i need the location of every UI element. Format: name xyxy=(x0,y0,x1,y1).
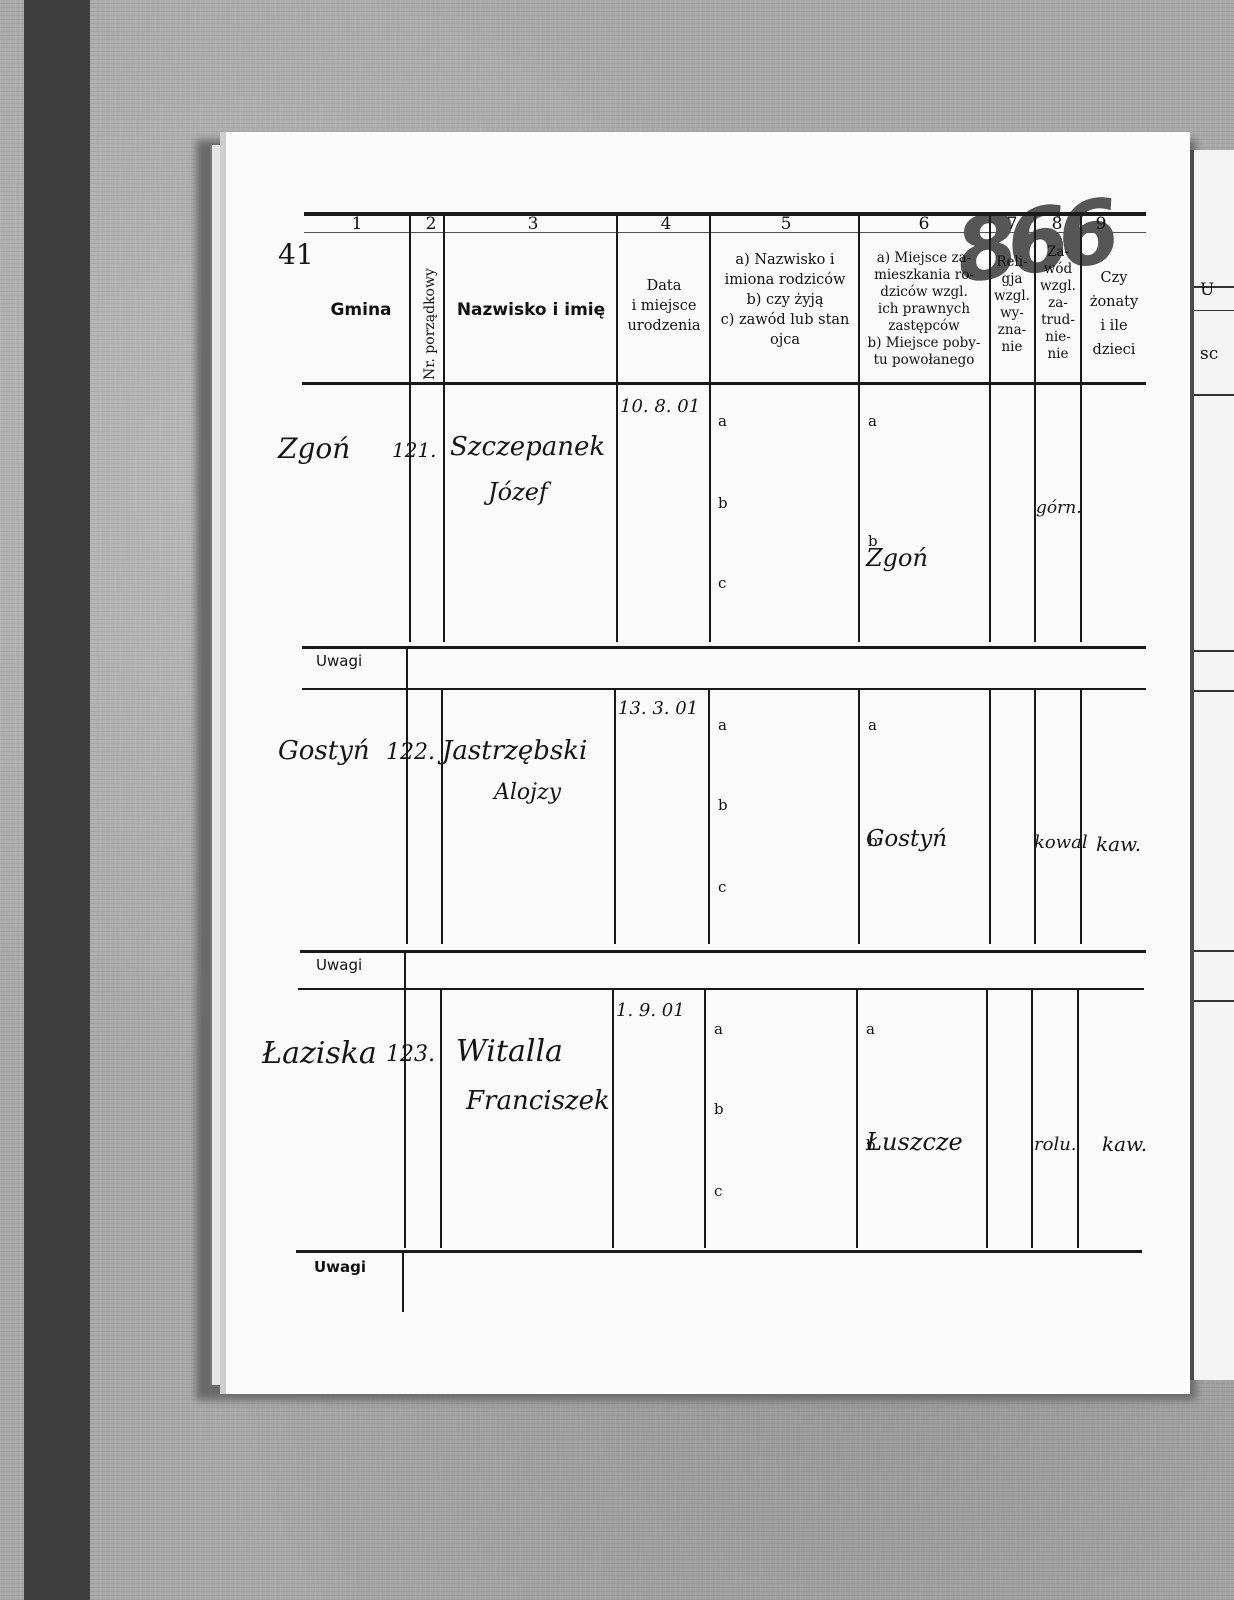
col-rule xyxy=(1034,690,1036,944)
register-page: 41 866 1 2 3 4 5 6 7 8 9 Gmina Nr. porzą… xyxy=(220,132,1190,1394)
col-rule xyxy=(708,690,710,944)
col-num-6: 6 xyxy=(904,214,944,234)
header-line: zna- xyxy=(990,322,1034,339)
col-rule xyxy=(989,690,991,944)
remarks-label: Uwagi xyxy=(314,1258,366,1276)
header-occupation: Za- wód wzgl. za- trud- nie- nie xyxy=(1036,244,1080,363)
header-line: za- xyxy=(1036,295,1080,312)
header-residence: a) Miejsce za- mieszkania ro- dziców wzg… xyxy=(860,250,988,369)
adjacent-rule xyxy=(1194,1000,1234,1002)
col-rule xyxy=(443,384,445,642)
adjacent-rule xyxy=(1194,650,1234,652)
sub-label-b: b xyxy=(718,796,728,814)
header-line: b) czy żyją xyxy=(712,290,858,310)
sub-label-a: a xyxy=(718,716,727,734)
col-rule xyxy=(1080,690,1082,944)
col-rule xyxy=(709,384,711,642)
entry-birth-date: 1. 9. 01 xyxy=(616,1000,685,1021)
entry-occupation: górn. xyxy=(1036,498,1082,518)
header-line: wzgl. xyxy=(990,288,1034,305)
sub-label-c: c xyxy=(718,878,726,896)
header-line: wód xyxy=(1036,261,1080,278)
entry-marital: kaw. xyxy=(1096,832,1141,856)
header-line: a) Miejsce za- xyxy=(860,250,988,267)
header-marital: Czy żonaty i ile dzieci xyxy=(1082,266,1146,362)
entry-nr: 121. xyxy=(392,438,437,462)
row-rule xyxy=(298,988,1144,990)
entry-residence-b: Zgoń xyxy=(866,544,928,572)
col-rule xyxy=(1080,216,1082,384)
col-rule xyxy=(409,216,411,384)
header-line: nie xyxy=(1036,346,1080,363)
header-line: trud- xyxy=(1036,312,1080,329)
entry-occupation: kowal xyxy=(1034,832,1088,853)
col-rule xyxy=(443,216,445,384)
col-rule xyxy=(441,690,443,944)
entry-nr: 122. xyxy=(386,740,435,765)
adjacent-page: U sc xyxy=(1186,150,1234,1380)
header-line: ich prawnych xyxy=(860,301,988,318)
header-line: tu powołanego xyxy=(860,352,988,369)
remarks-divider xyxy=(406,646,408,690)
sub-label-a: a xyxy=(868,716,877,734)
header-nr-porzadkowy: Nr. porządkowy xyxy=(422,268,438,380)
header-line: urodzenia xyxy=(618,316,710,336)
header-line: i miejsce xyxy=(618,296,710,316)
entry-marital: kaw. xyxy=(1102,1132,1147,1156)
entry-given-name: Franciszek xyxy=(466,1086,610,1116)
header-line: Czy xyxy=(1082,266,1146,290)
col-rule xyxy=(440,990,442,1248)
col-num-8: 8 xyxy=(1037,214,1077,234)
header-line: gja xyxy=(990,271,1034,288)
col-rule xyxy=(1034,216,1036,384)
col-rule xyxy=(704,990,706,1248)
col-rule xyxy=(709,216,711,384)
header-line: nie- xyxy=(1036,329,1080,346)
adjacent-rule xyxy=(1194,310,1234,311)
header-religion: Reli- gja wzgl. wy- zna- nie xyxy=(990,254,1034,356)
entry-residence-b: Gostyń xyxy=(866,826,947,852)
col-rule xyxy=(612,990,614,1248)
col-num-3: 3 xyxy=(513,214,553,234)
header-line: Data xyxy=(618,276,710,296)
entry-gmina: Gostyń xyxy=(278,736,370,766)
header-line: Za- xyxy=(1036,244,1080,261)
entry-nr: 123. xyxy=(386,1042,435,1067)
col-num-2: 2 xyxy=(411,214,451,234)
sub-label-b: b xyxy=(718,494,728,512)
entry-birth-date: 10. 8. 01 xyxy=(620,396,700,417)
sub-label-a: a xyxy=(718,412,727,430)
remarks-divider xyxy=(402,1250,404,1312)
entry-birth-date: 13. 3. 01 xyxy=(618,698,698,719)
header-line: ojca xyxy=(712,330,858,350)
row-rule xyxy=(302,646,1146,649)
header-line: dzieci xyxy=(1082,338,1146,362)
remarks-label: Uwagi xyxy=(316,652,362,670)
col-rule xyxy=(858,384,860,642)
col-num-5: 5 xyxy=(766,214,806,234)
header-line: mieszkania ro- xyxy=(860,267,988,284)
col-num-4: 4 xyxy=(646,214,686,234)
col-rule xyxy=(404,990,406,1248)
header-bottom-rule xyxy=(302,382,1146,385)
col-rule xyxy=(989,216,991,384)
header-line: wzgl. xyxy=(1036,278,1080,295)
scanner-edge-bar xyxy=(24,0,90,1600)
col-num-7: 7 xyxy=(992,214,1032,234)
col-rule xyxy=(616,384,618,642)
col-num-9: 9 xyxy=(1081,214,1121,234)
entry-surname: Witalla xyxy=(456,1034,563,1069)
header-line: imiona rodziców xyxy=(712,270,858,290)
entry-residence-b: Łuszcze xyxy=(866,1128,963,1156)
col-rule xyxy=(858,690,860,944)
row-rule xyxy=(302,688,1146,690)
sub-label-a: a xyxy=(714,1020,723,1038)
col-rule xyxy=(858,216,860,384)
col-rule xyxy=(406,690,408,944)
header-line: c) zawód lub stan xyxy=(712,310,858,330)
page-marker: 41 xyxy=(278,238,314,271)
header-line: żonaty xyxy=(1082,290,1146,314)
header-line: a) Nazwisko i xyxy=(712,250,858,270)
header-line: b) Miejsce poby- xyxy=(860,335,988,352)
header-line: nie xyxy=(990,339,1034,356)
header-line: Reli- xyxy=(990,254,1034,271)
col-rule xyxy=(616,216,618,384)
sub-label-b: b xyxy=(714,1100,724,1118)
header-line: zastępców xyxy=(860,318,988,335)
entry-surname: Jastrzębski xyxy=(442,736,587,766)
col-rule xyxy=(409,384,411,642)
col-rule xyxy=(1031,990,1033,1248)
col-rule xyxy=(856,990,858,1248)
header-gmina: Gmina xyxy=(316,300,406,320)
col-rule xyxy=(614,690,616,944)
col-rule xyxy=(1077,990,1079,1248)
adjacent-rule xyxy=(1194,394,1234,396)
adjacent-fragment: sc xyxy=(1200,344,1218,364)
header-line: dziców wzgl. xyxy=(860,284,988,301)
sub-label-c: c xyxy=(718,574,726,592)
entry-surname: Szczepanek xyxy=(450,432,605,462)
header-line: wy- xyxy=(990,305,1034,322)
entry-given-name: Józef xyxy=(488,478,548,506)
header-nazwisko-imie: Nazwisko i imię xyxy=(446,300,616,320)
col-num-1: 1 xyxy=(337,214,377,234)
sub-label-a: a xyxy=(868,412,877,430)
adjacent-fragment: U xyxy=(1200,280,1214,300)
remarks-label: Uwagi xyxy=(316,956,362,974)
col-rule xyxy=(989,384,991,642)
adjacent-rule xyxy=(1194,690,1234,692)
remarks-divider xyxy=(404,950,406,990)
entry-occupation: rolu. xyxy=(1034,1134,1077,1155)
header-parents: a) Nazwisko i imiona rodziców b) czy żyj… xyxy=(712,250,858,350)
sub-label-a: a xyxy=(866,1020,875,1038)
header-line: i ile xyxy=(1082,314,1146,338)
sub-label-c: c xyxy=(714,1182,722,1200)
entry-given-name: Alojzy xyxy=(494,780,561,805)
adjacent-rule xyxy=(1194,950,1234,952)
col-rule xyxy=(986,990,988,1248)
row-rule xyxy=(300,950,1146,953)
entry-gmina: Łaziska xyxy=(262,1036,377,1071)
header-birth: Data i miejsce urodzenia xyxy=(618,276,710,336)
entry-gmina: Zgoń xyxy=(278,432,350,465)
row-rule xyxy=(296,1250,1142,1253)
